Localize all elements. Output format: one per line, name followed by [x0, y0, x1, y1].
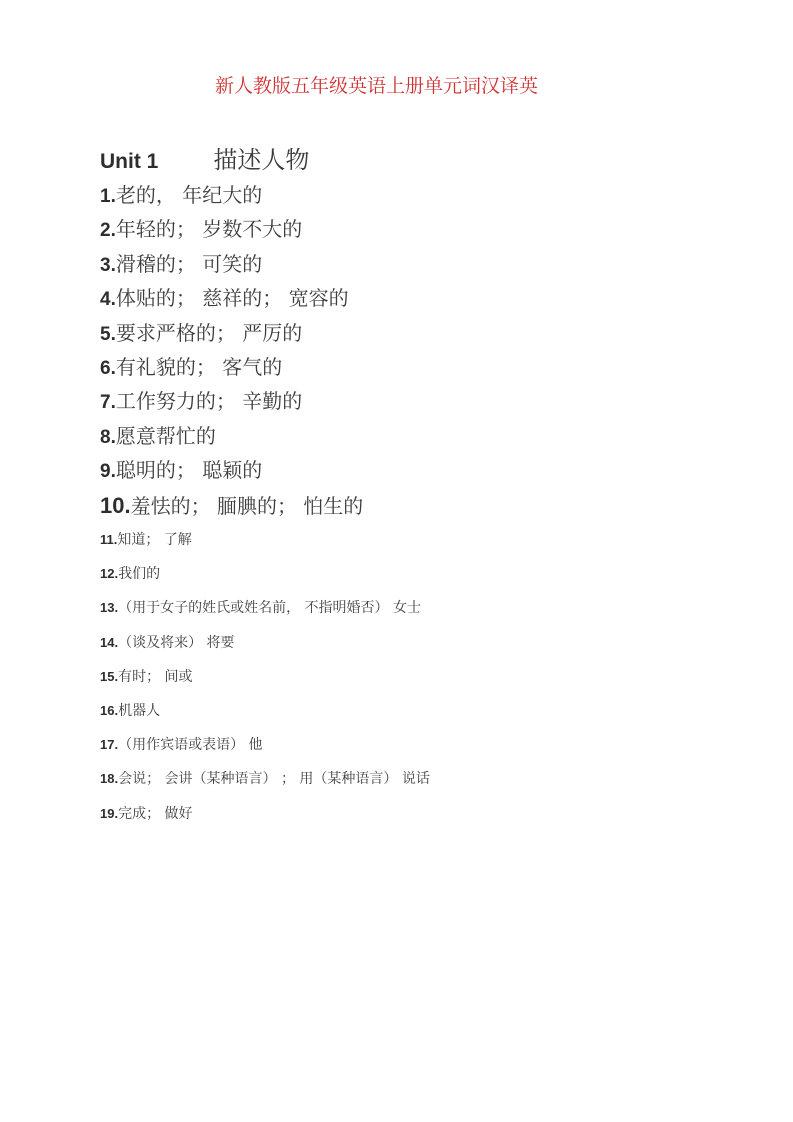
vocab-list-large: 1.老的， 年纪大的 2.年轻的； 岁数不大的 3.滑稽的； 可笑的 4.体贴的… [100, 179, 793, 523]
item-text: 愿意帮忙的 [116, 424, 216, 448]
vocab-list-small: 11.知道； 了解 12.我们的 13.（用于女子的姓氏或姓名前， 不指明婚否）… [100, 523, 793, 831]
vocab-item-18: 18.会说； 会讲（某种语言） ； 用（某种语言） 说话 [100, 762, 793, 796]
item-number: 4. [100, 289, 116, 310]
vocab-item-10: 10.羞怯的； 腼腆的； 怕生的 [100, 489, 793, 523]
item-text: 完成； 做好 [118, 806, 192, 822]
item-text: 要求严格的； 严厉的 [116, 321, 302, 345]
item-text: 机器人 [118, 703, 160, 719]
vocab-item-1: 1.老的， 年纪大的 [100, 179, 793, 213]
vocab-item-4: 4.体贴的； 慈祥的； 宽容的 [100, 282, 793, 316]
item-number: 8. [100, 427, 116, 448]
item-number: 18. [100, 771, 118, 786]
item-text: 体贴的； 慈祥的； 宽容的 [116, 286, 349, 310]
item-text: （用于女子的姓氏或姓名前， 不指明婚否） 女士 [118, 600, 421, 616]
document-title: 新人教版五年级英语上册单元词汉译英 [215, 74, 793, 98]
vocab-item-16: 16.机器人 [100, 694, 793, 728]
item-text: 羞怯的； 腼腆的； 怕生的 [131, 494, 364, 518]
item-number: 6. [100, 358, 116, 379]
item-number: 13. [100, 600, 118, 615]
vocab-item-5: 5.要求严格的； 严厉的 [100, 317, 793, 351]
item-number: 17. [100, 737, 118, 752]
item-text: 有礼貌的； 客气的 [116, 355, 282, 379]
item-number: 5. [100, 324, 116, 345]
vocab-item-3: 3.滑稽的； 可笑的 [100, 248, 793, 282]
vocab-item-11: 11.知道； 了解 [100, 523, 793, 557]
vocab-item-12: 12.我们的 [100, 557, 793, 591]
item-text: 年轻的； 岁数不大的 [116, 217, 302, 241]
item-text: （谈及将来） 将要 [118, 635, 234, 651]
item-number: 2. [100, 220, 116, 241]
item-number: 14. [100, 635, 118, 650]
item-number: 10. [100, 493, 131, 518]
item-text: 滑稽的； 可笑的 [116, 252, 262, 276]
item-text: （用作宾语或表语） 他 [118, 737, 262, 753]
vocab-item-14: 14.（谈及将来） 将要 [100, 626, 793, 660]
item-text: 有时； 间或 [118, 669, 192, 685]
item-text: 我们的 [118, 566, 160, 582]
vocab-item-7: 7.工作努力的； 辛勤的 [100, 385, 793, 419]
item-text: 会说； 会讲（某种语言） ； 用（某种语言） 说话 [118, 771, 430, 787]
item-text: 知道； 了解 [117, 532, 191, 548]
vocab-item-15: 15.有时； 间或 [100, 660, 793, 694]
vocab-item-8: 8.愿意帮忙的 [100, 420, 793, 454]
item-number: 12. [100, 566, 118, 581]
item-number: 7. [100, 392, 116, 413]
item-text: 工作努力的； 辛勤的 [116, 389, 302, 413]
item-number: 9. [100, 461, 116, 482]
unit-heading: Unit 1描述人物 [100, 146, 793, 177]
document-page: 新人教版五年级英语上册单元词汉译英 Unit 1描述人物 1.老的， 年纪大的 … [0, 0, 793, 1122]
vocab-item-9: 9.聪明的； 聪颖的 [100, 454, 793, 488]
vocab-item-17: 17.（用作宾语或表语） 他 [100, 728, 793, 762]
item-number: 11. [100, 532, 117, 547]
item-number: 19. [100, 806, 118, 821]
item-text: 老的， 年纪大的 [116, 183, 262, 207]
item-number: 15. [100, 669, 118, 684]
unit-topic: 描述人物 [213, 146, 309, 174]
vocab-item-6: 6.有礼貌的； 客气的 [100, 351, 793, 385]
vocab-item-19: 19.完成； 做好 [100, 797, 793, 831]
vocab-item-2: 2.年轻的； 岁数不大的 [100, 213, 793, 247]
item-number: 16. [100, 703, 118, 718]
item-text: 聪明的； 聪颖的 [116, 458, 262, 482]
vocab-item-13: 13.（用于女子的姓氏或姓名前， 不指明婚否） 女士 [100, 591, 793, 625]
item-number: 3. [100, 255, 116, 276]
item-number: 1. [100, 186, 116, 207]
unit-label: Unit 1 [100, 150, 158, 173]
